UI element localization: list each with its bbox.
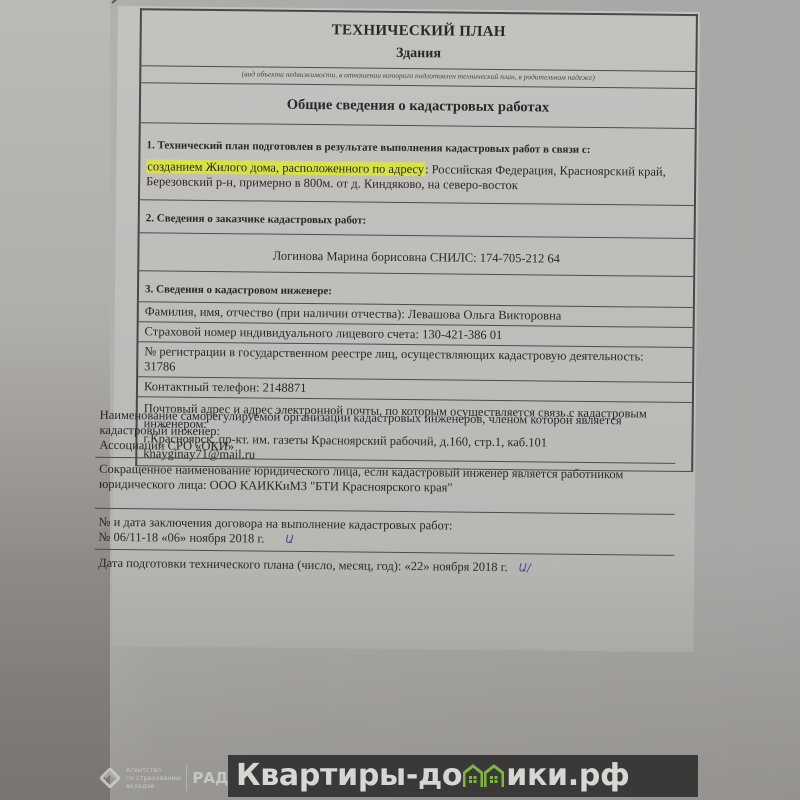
contract-info: № и дата заключения договора на выполнен…: [94, 509, 674, 556]
plan-prep-date: Дата подготовки технического плана (числ…: [94, 550, 674, 579]
section1-label: 1. Технический план подготовлен в резуль…: [140, 123, 694, 165]
house-icon: [484, 764, 504, 788]
document-form: ТЕХНИЧЕСКИЙ ПЛАН Здания (вид объекта нед…: [135, 8, 698, 472]
contract-signature: Ա: [285, 533, 294, 546]
employer-name: ООО КАИККиМЗ "БТИ Красноярского края": [210, 478, 453, 495]
site-suffix: ики.рф: [506, 755, 629, 797]
contract-value: № 06/11-18 «06» ноября 2018 г.: [98, 530, 264, 546]
background-surface: [0, 0, 110, 800]
paper-edge-line: [111, 0, 132, 4]
rad-logo: РАД: [192, 769, 228, 787]
employer-info: Сокращенное наименование юридического ли…: [95, 458, 676, 515]
sro-info: Наименование саморегулируемой организаци…: [95, 404, 676, 464]
site-prefix: Квартиры-до: [236, 755, 462, 797]
customer-info: Логинова Марина борисовна СНИЛС: 174-705…: [139, 233, 693, 277]
houses-icon: [463, 764, 505, 788]
engineer-registry: № регистрации в государственном реестре …: [138, 342, 692, 383]
house-icon: [463, 764, 483, 788]
prep-date: Дата подготовки технического плана (числ…: [98, 556, 508, 574]
asv-logo-icon: [100, 768, 120, 788]
section-title: Общие сведения о кадастровых работах: [141, 83, 695, 129]
document-lower-section: Наименование саморегулируемой организаци…: [94, 404, 676, 579]
watermark-divider: [186, 765, 187, 791]
asv-text: Агентство по страхованию вкладов: [126, 766, 181, 790]
section1-body: созданием Жилого дома, расположенного по…: [140, 159, 694, 206]
prep-signature: Ա/: [519, 561, 531, 574]
asv-watermark: Агентство по страхованию вкладов РАД: [100, 760, 230, 796]
site-watermark: Квартиры-до ики.рф: [228, 755, 698, 797]
document-page: ТЕХНИЧЕСКИЙ ПЛАН Здания (вид объекта нед…: [111, 6, 700, 652]
highlighted-text: созданием Жилого дома, расположенного по…: [146, 159, 425, 176]
